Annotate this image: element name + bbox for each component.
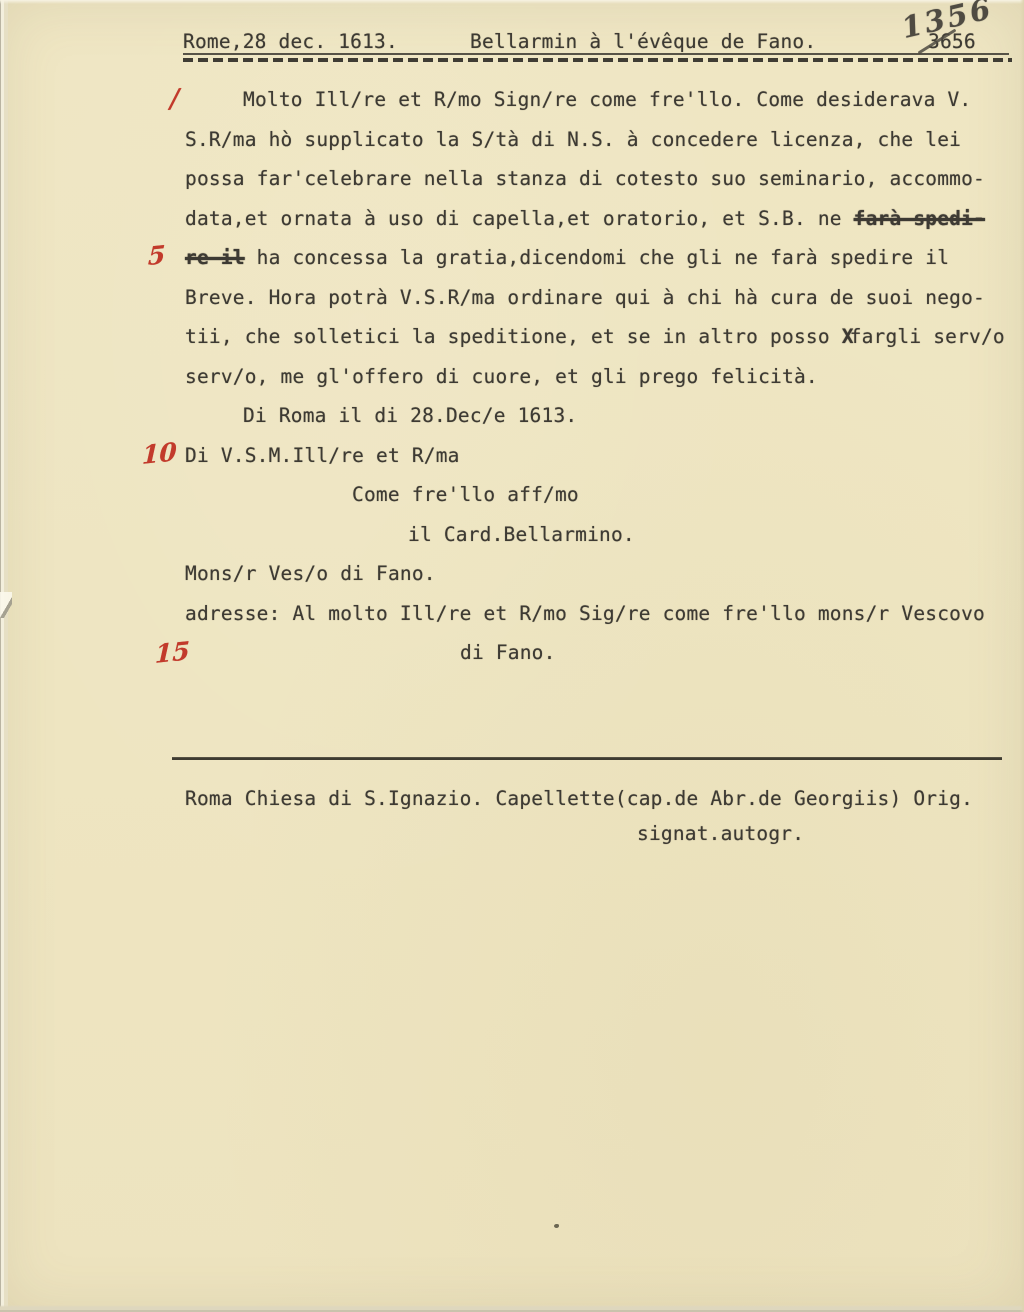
letter-page: Rome,28 dec. 1613. Bellarmin à l'évêque … [0,0,1024,1312]
text-segment: adresse: Al molto Ill/re et R/mo Sig/re … [185,602,985,625]
scan-edge-left [0,0,8,1312]
text-line: data,et ornata à uso di capella,et orato… [185,207,985,230]
scan-edge-right [1020,0,1024,1312]
margin-mark: 5 [148,240,166,271]
text-line: Di V.S.M.Ill/re et R/ma [185,444,460,467]
header-title: Bellarmin à l'évêque de Fano. [470,30,816,53]
text-segment: Breve. Hora potrà V.S.R/ma ordinare qui … [185,286,985,309]
header-dashed-line [183,58,1012,62]
text-line: Mons/r Ves/o di Fano. [185,562,436,585]
text-line: adresse: Al molto Ill/re et R/mo Sig/re … [185,602,985,625]
text-segment-strike: re il [185,246,245,269]
text-segment: Di V.S.M.Ill/re et R/ma [185,444,460,467]
text-line: re il ha concessa la gratia,dicendomi ch… [185,246,949,269]
separator-rule [172,757,1002,760]
text-segment: Di Roma il di 28.Dec/e 1613. [243,404,577,427]
text-segment-strike: farà spedi- [854,207,985,230]
text-segment: fargli serv/o [850,325,1005,348]
archive-note: signat.autogr. [637,822,804,845]
text-line: Di Roma il di 28.Dec/e 1613. [243,404,577,427]
text-line: serv/o, me gl'offero di cuore, et gli pr… [185,365,818,388]
text-line: di Fano. [460,641,556,664]
text-segment: Come fre'llo aff/mo [352,483,579,506]
text-segment: di Fano. [460,641,556,664]
text-line: Come fre'llo aff/mo [352,483,579,506]
archive-reference: Roma Chiesa di S.Ignazio. Capellette(cap… [185,787,973,810]
text-segment: data,et ornata à uso di capella,et orato… [185,207,854,230]
text-segment: Mons/r Ves/o di Fano. [185,562,436,585]
paper-speck [554,1224,559,1228]
text-segment: il Card.Bellarmino. [408,523,635,546]
text-segment: tii, che solletici la speditione, et se … [185,325,842,348]
text-segment: serv/o, me gl'offero di cuore, et gli pr… [185,365,818,388]
header-date: Rome,28 dec. 1613. [183,30,398,53]
text-line: il Card.Bellarmino. [408,523,635,546]
margin-mark: 15 [155,636,191,669]
edge-tear [0,592,12,618]
text-segment: Molto Ill/re et R/mo Sign/re come fre'll… [243,88,971,111]
text-segment: S.R/ma hò supplicato la S/tà di N.S. à c… [185,128,961,151]
scan-edge-bottom [0,1305,1024,1312]
margin-mark: / [170,83,180,113]
header-underline [183,53,1009,55]
text-line: possa far'celebrare nella stanza di cote… [185,167,985,190]
text-line: Breve. Hora potrà V.S.R/ma ordinare qui … [185,286,985,309]
text-segment: ha concessa la gratia,dicendomi che gli … [245,246,949,269]
scan-edge-top [0,0,1024,4]
text-line: S.R/ma hò supplicato la S/tà di N.S. à c… [185,128,961,151]
margin-mark: 10 [142,437,178,470]
text-line: tii, che solletici la speditione, et se … [185,325,1005,348]
text-segment: possa far'celebrare nella stanza di cote… [185,167,985,190]
text-line: Molto Ill/re et R/mo Sign/re come fre'll… [243,88,971,111]
